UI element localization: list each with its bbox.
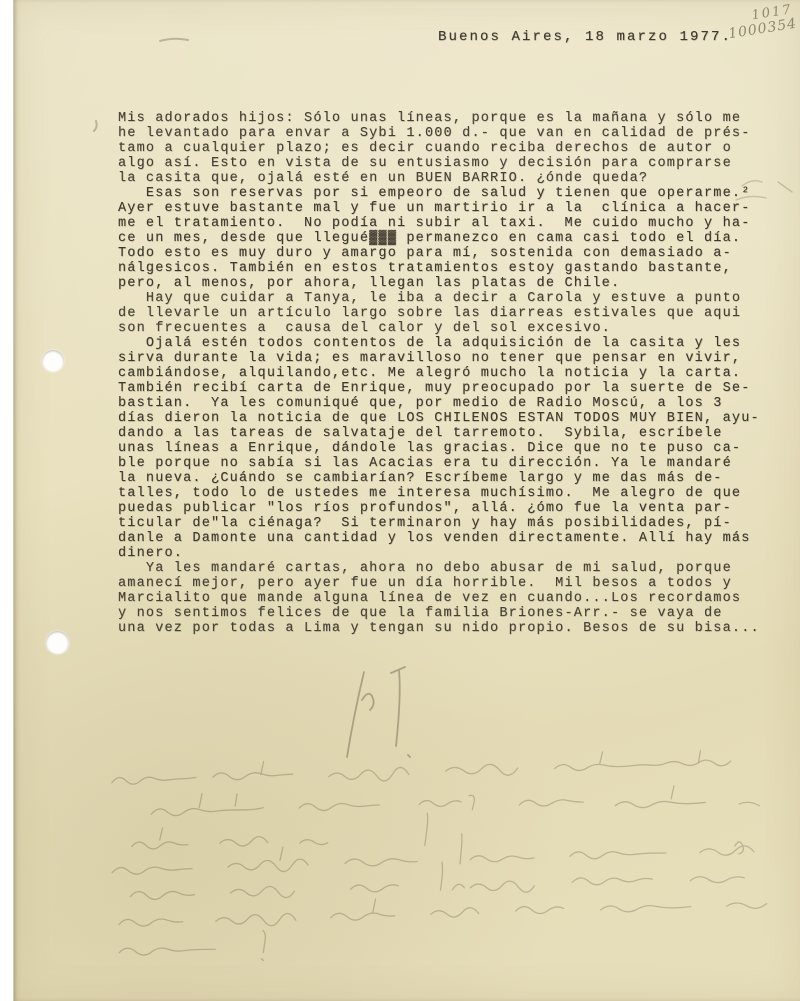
typed-line: ce un mes, desde que llegué▓▓▓ permanezc…: [118, 231, 798, 246]
dateline: Buenos Aires, 18 marzo 1977.: [438, 28, 732, 46]
typed-line: ble porque no sabía si las Acacias era t…: [118, 456, 798, 471]
punch-hole-bottom: [46, 631, 69, 654]
typed-line: amanecí mejor, pero ayer fue un día horr…: [118, 576, 798, 591]
paragraph-4: Ojalá estén todos contentos de la adquis…: [118, 336, 798, 561]
paragraph-5: Ya les mandaré cartas, ahora no debo abu…: [118, 561, 798, 636]
typed-line: la casita que, ojalá esté en un BUEN BAR…: [118, 171, 798, 186]
scanned-letter: 1017 1000354 Buenos Aires, 18 marzo 1977…: [0, 0, 800, 1001]
typed-line: días dieron la noticia de que LOS CHILEN…: [118, 411, 798, 426]
typed-line: me el tratamiento. No podía ni subir al …: [118, 216, 798, 231]
typed-line: algo así. Esto en vista de su entusiasmo…: [118, 156, 798, 171]
typed-line: Ojalá estén todos contentos de la adquis…: [118, 336, 798, 351]
letter-body: Mis adorados hijos: Sólo unas líneas, po…: [118, 111, 798, 636]
typed-line: talles, todo lo de ustedes me interesa m…: [118, 486, 798, 501]
typed-line: pero, al menos, por ahora, llegan las pl…: [118, 276, 798, 291]
typed-line: bastian. Ya les comuniqué que, por medio…: [118, 396, 798, 411]
typed-line: son frecuentes a causa del calor y del s…: [118, 321, 798, 336]
typed-line: puedas publicar "los ríos profundos", al…: [118, 501, 798, 516]
punch-hole-top: [42, 350, 64, 372]
letter-page: 1017 1000354 Buenos Aires, 18 marzo 1977…: [13, 0, 800, 1001]
typed-line: También recibí carta de Enrique, muy pre…: [118, 381, 798, 396]
typed-line: Marcialito que mande alguna línea de vez…: [118, 591, 798, 606]
typed-line: tamo a cualquier plazo; es decir cuando …: [118, 141, 798, 156]
typed-line: y nos sentimos felices de que la familia…: [118, 606, 798, 621]
archive-number-annotation: 1017 1000354: [725, 3, 798, 42]
typed-line: dinero.: [118, 546, 798, 561]
paragraph-1: Mis adorados hijos: Sólo unas líneas, po…: [118, 111, 798, 186]
typed-line: la nueva. ¿Cuándo se cambiarían? Escríbe…: [118, 471, 798, 486]
typed-line: Mis adorados hijos: Sólo unas líneas, po…: [118, 111, 798, 126]
typed-line: cambiándose, alquilando,etc. Me alegró m…: [118, 366, 798, 381]
typed-line: Ayer estuve bastante mal y fue un martir…: [118, 201, 798, 216]
typed-line: unas líneas a Enrique, dándole las graci…: [118, 441, 798, 456]
paragraph-2: Esas son reservas por si empeoro de salu…: [118, 186, 798, 291]
paragraph-3: Hay que cuidar a Tanya, le iba a decir a…: [118, 291, 798, 336]
typed-line: he levantado para envar a Sybi 1.000 d.-…: [118, 126, 798, 141]
typed-line: ticular de"la ciénaga? Si terminaron y h…: [118, 516, 798, 531]
typed-line: danle a Damonte una cantidad y los vende…: [118, 531, 798, 546]
typed-line: nálgesicos. También en estos tratamiento…: [118, 261, 798, 276]
typed-line: una vez por todas a Lima y tengan su nid…: [118, 621, 798, 636]
typed-line: Ya les mandaré cartas, ahora no debo abu…: [118, 561, 798, 576]
typed-line: Todo esto es muy duro y amargo para mí, …: [118, 246, 798, 261]
typed-line: Esas son reservas por si empeoro de salu…: [118, 186, 798, 201]
typed-line: de llevarle un artículo largo sobre las …: [118, 306, 798, 321]
typed-line: dando a las tareas de salvataje del tarr…: [118, 426, 798, 441]
typed-line: sirva durante la vida; es maravilloso no…: [118, 351, 798, 366]
typed-line: Hay que cuidar a Tanya, le iba a decir a…: [118, 291, 798, 306]
